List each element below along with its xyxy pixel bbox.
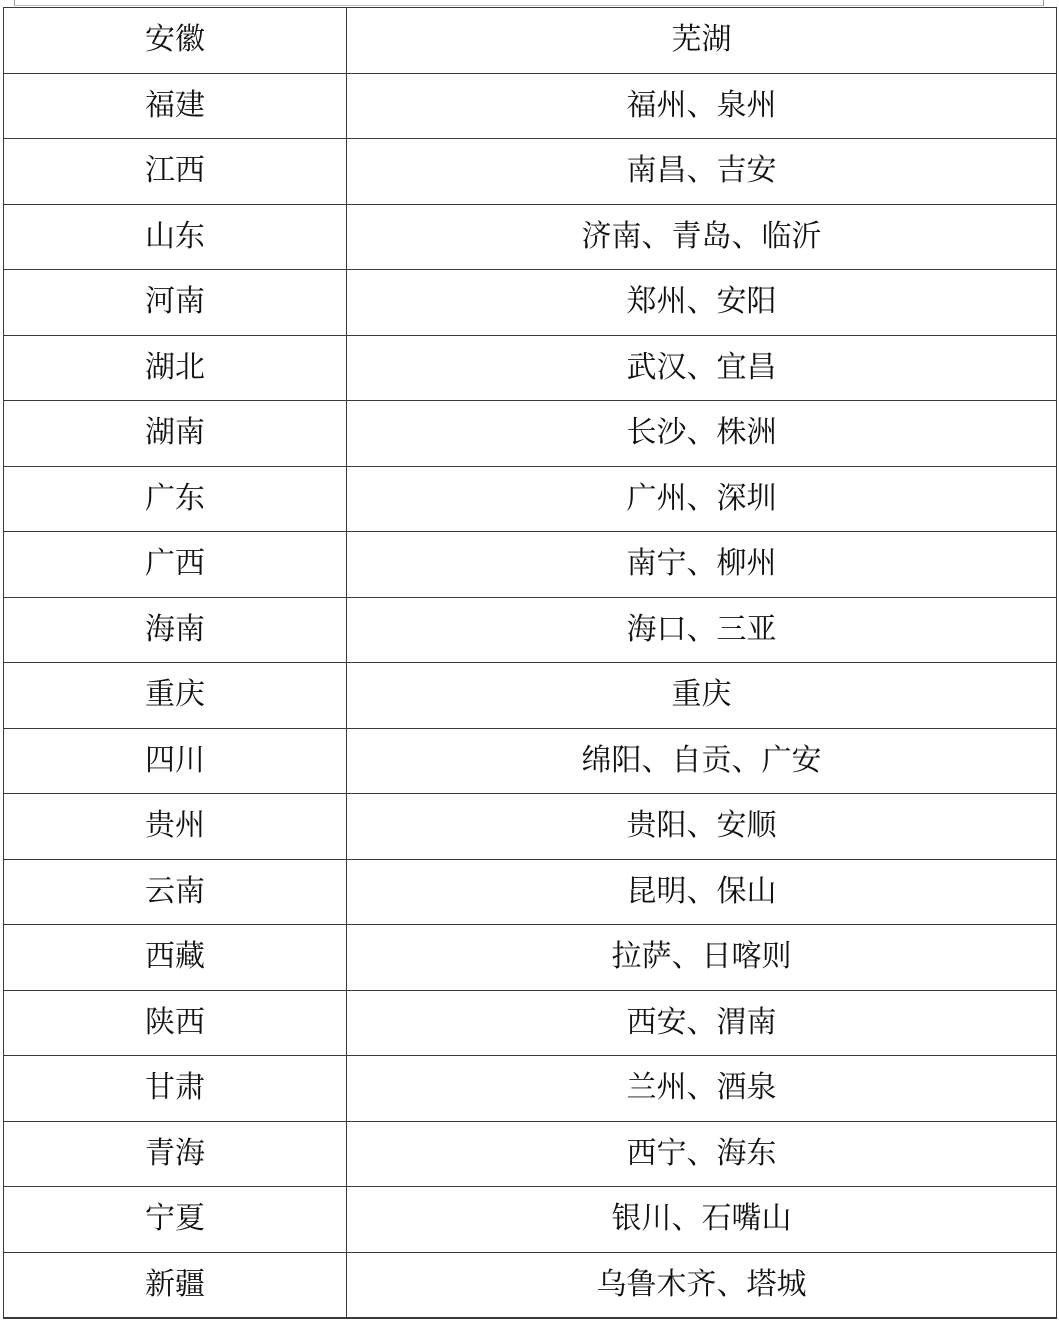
cities-cell: 广州、深圳 (347, 466, 1057, 532)
province-cell: 河南 (4, 270, 347, 336)
previous-table-edge (14, 0, 1044, 6)
cities-cell: 南宁、柳州 (347, 532, 1057, 598)
province-cell: 云南 (4, 859, 347, 925)
table-row: 青海 西宁、海东 (4, 1121, 1057, 1187)
cities-cell: 银川、石嘴山 (347, 1187, 1057, 1253)
cities-cell: 武汉、宜昌 (347, 335, 1057, 401)
cities-cell: 拉萨、日喀则 (347, 925, 1057, 991)
province-city-table: 安徽 芜湖 福建 福州、泉州 江西 南昌、吉安 山东 济南、青岛、临沂 河南 郑… (3, 7, 1057, 1319)
cities-cell: 芜湖 (347, 8, 1057, 74)
table-row: 河南 郑州、安阳 (4, 270, 1057, 336)
province-cell: 西藏 (4, 925, 347, 991)
province-cell: 江西 (4, 139, 347, 205)
table-row: 新疆 乌鲁木齐、塔城 (4, 1252, 1057, 1318)
province-cell: 重庆 (4, 663, 347, 729)
cities-cell: 长沙、株洲 (347, 401, 1057, 467)
table-body: 安徽 芜湖 福建 福州、泉州 江西 南昌、吉安 山东 济南、青岛、临沂 河南 郑… (4, 8, 1057, 1319)
province-cell: 湖南 (4, 401, 347, 467)
cities-cell: 昆明、保山 (347, 859, 1057, 925)
table-row: 四川 绵阳、自贡、广安 (4, 728, 1057, 794)
table-row: 湖北 武汉、宜昌 (4, 335, 1057, 401)
table-row: 广西 南宁、柳州 (4, 532, 1057, 598)
province-cell: 陕西 (4, 990, 347, 1056)
province-cell: 贵州 (4, 794, 347, 860)
province-cell: 福建 (4, 73, 347, 139)
table-row: 广东 广州、深圳 (4, 466, 1057, 532)
province-cell: 山东 (4, 204, 347, 270)
province-cell: 宁夏 (4, 1187, 347, 1253)
province-cell: 安徽 (4, 8, 347, 74)
province-cell: 四川 (4, 728, 347, 794)
cities-cell: 海口、三亚 (347, 597, 1057, 663)
table-row: 海南 海口、三亚 (4, 597, 1057, 663)
cities-cell: 南昌、吉安 (347, 139, 1057, 205)
cities-cell: 济南、青岛、临沂 (347, 204, 1057, 270)
cities-cell: 乌鲁木齐、塔城 (347, 1252, 1057, 1318)
province-cell: 甘肃 (4, 1056, 347, 1122)
table-row: 重庆 重庆 (4, 663, 1057, 729)
table-row: 云南 昆明、保山 (4, 859, 1057, 925)
cities-cell: 西宁、海东 (347, 1121, 1057, 1187)
cities-cell: 福州、泉州 (347, 73, 1057, 139)
table-row: 江西 南昌、吉安 (4, 139, 1057, 205)
cities-cell: 西安、渭南 (347, 990, 1057, 1056)
province-cell: 广西 (4, 532, 347, 598)
cities-cell: 贵阳、安顺 (347, 794, 1057, 860)
cities-cell: 重庆 (347, 663, 1057, 729)
table-row: 山东 济南、青岛、临沂 (4, 204, 1057, 270)
province-cell: 新疆 (4, 1252, 347, 1318)
table-row: 福建 福州、泉州 (4, 73, 1057, 139)
table-row: 安徽 芜湖 (4, 8, 1057, 74)
cities-cell: 兰州、酒泉 (347, 1056, 1057, 1122)
table-row: 湖南 长沙、株洲 (4, 401, 1057, 467)
province-cell: 海南 (4, 597, 347, 663)
province-cell: 广东 (4, 466, 347, 532)
cities-cell: 郑州、安阳 (347, 270, 1057, 336)
table-row: 甘肃 兰州、酒泉 (4, 1056, 1057, 1122)
table-row: 西藏 拉萨、日喀则 (4, 925, 1057, 991)
province-cell: 青海 (4, 1121, 347, 1187)
cities-cell: 绵阳、自贡、广安 (347, 728, 1057, 794)
table-row: 陕西 西安、渭南 (4, 990, 1057, 1056)
province-cell: 湖北 (4, 335, 347, 401)
table-row: 宁夏 银川、石嘴山 (4, 1187, 1057, 1253)
table-row: 贵州 贵阳、安顺 (4, 794, 1057, 860)
